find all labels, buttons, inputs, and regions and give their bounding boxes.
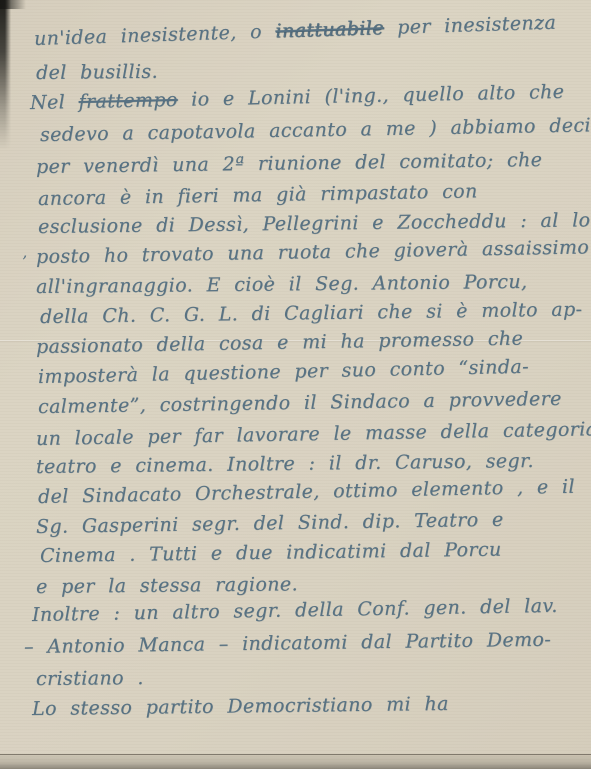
handwritten-line: teatro e cinema. Inoltre : il dr. Caruso…	[36, 450, 534, 478]
handwritten-line: della Ch. C. G. L. di Cagliari che si è …	[40, 298, 583, 328]
handwritten-line: Cinema . Tutti e due indicatimi dal Porc…	[40, 539, 502, 567]
handwritten-line: sedevo a capotavola accanto a me ) abbia…	[40, 114, 591, 146]
handwritten-line: per venerdì una 2ª riunione del comitato…	[36, 149, 543, 178]
handwritten-line: e per la stessa ragione.	[36, 573, 298, 598]
ink-correction: frattempo	[78, 89, 178, 113]
handwritten-line: un'idea inesistente, o inattuabile per i…	[34, 12, 557, 50]
ink-correction: inattuabile	[275, 17, 384, 42]
letter-page: ’ un'idea inesistente, o inattuabile per…	[0, 0, 591, 769]
handwritten-line: imposterà la questione per suo conto “si…	[38, 356, 529, 388]
handwritten-line: esclusione di Dessì, Pellegrini e Zocche…	[38, 209, 591, 238]
handwritten-line: cristiano .	[36, 667, 144, 690]
handwritten-line: all'ingranaggio. E cioè il Seg. Antonio …	[36, 271, 528, 298]
handwritten-line: Nel frattempo io e Lonini (l'ing., quell…	[30, 81, 565, 114]
handwritten-line: Lo stesso partito Democristiano mi ha	[32, 693, 449, 720]
handwritten-line: un locale per far lavorare le masse dell…	[36, 418, 591, 450]
handwriting-block: un'idea inesistente, o inattuabile per i…	[0, 0, 591, 769]
handwritten-line: passionato della cosa e mi ha promesso c…	[36, 327, 523, 357]
handwritten-line: Inoltre : un altro segr. della Conf. gen…	[32, 595, 558, 626]
paper-bottom-edge	[0, 754, 591, 769]
handwritten-line: – Antonio Manca – indicatomi dal Partito…	[24, 629, 551, 658]
handwritten-line: ancora è in fieri ma già rimpastato con	[38, 180, 478, 210]
handwritten-line: del Sindacato Orchestrale, ottimo elemen…	[38, 476, 575, 508]
handwritten-line: posto ho trovato una ruota che gioverà a…	[36, 236, 590, 268]
handwritten-line: Sg. Gasperini segr. del Sind. dip. Teatr…	[36, 509, 504, 538]
handwritten-line: del busillis.	[36, 61, 158, 84]
handwritten-line: calmente”, costringendo il Sindaco a pro…	[38, 388, 562, 418]
